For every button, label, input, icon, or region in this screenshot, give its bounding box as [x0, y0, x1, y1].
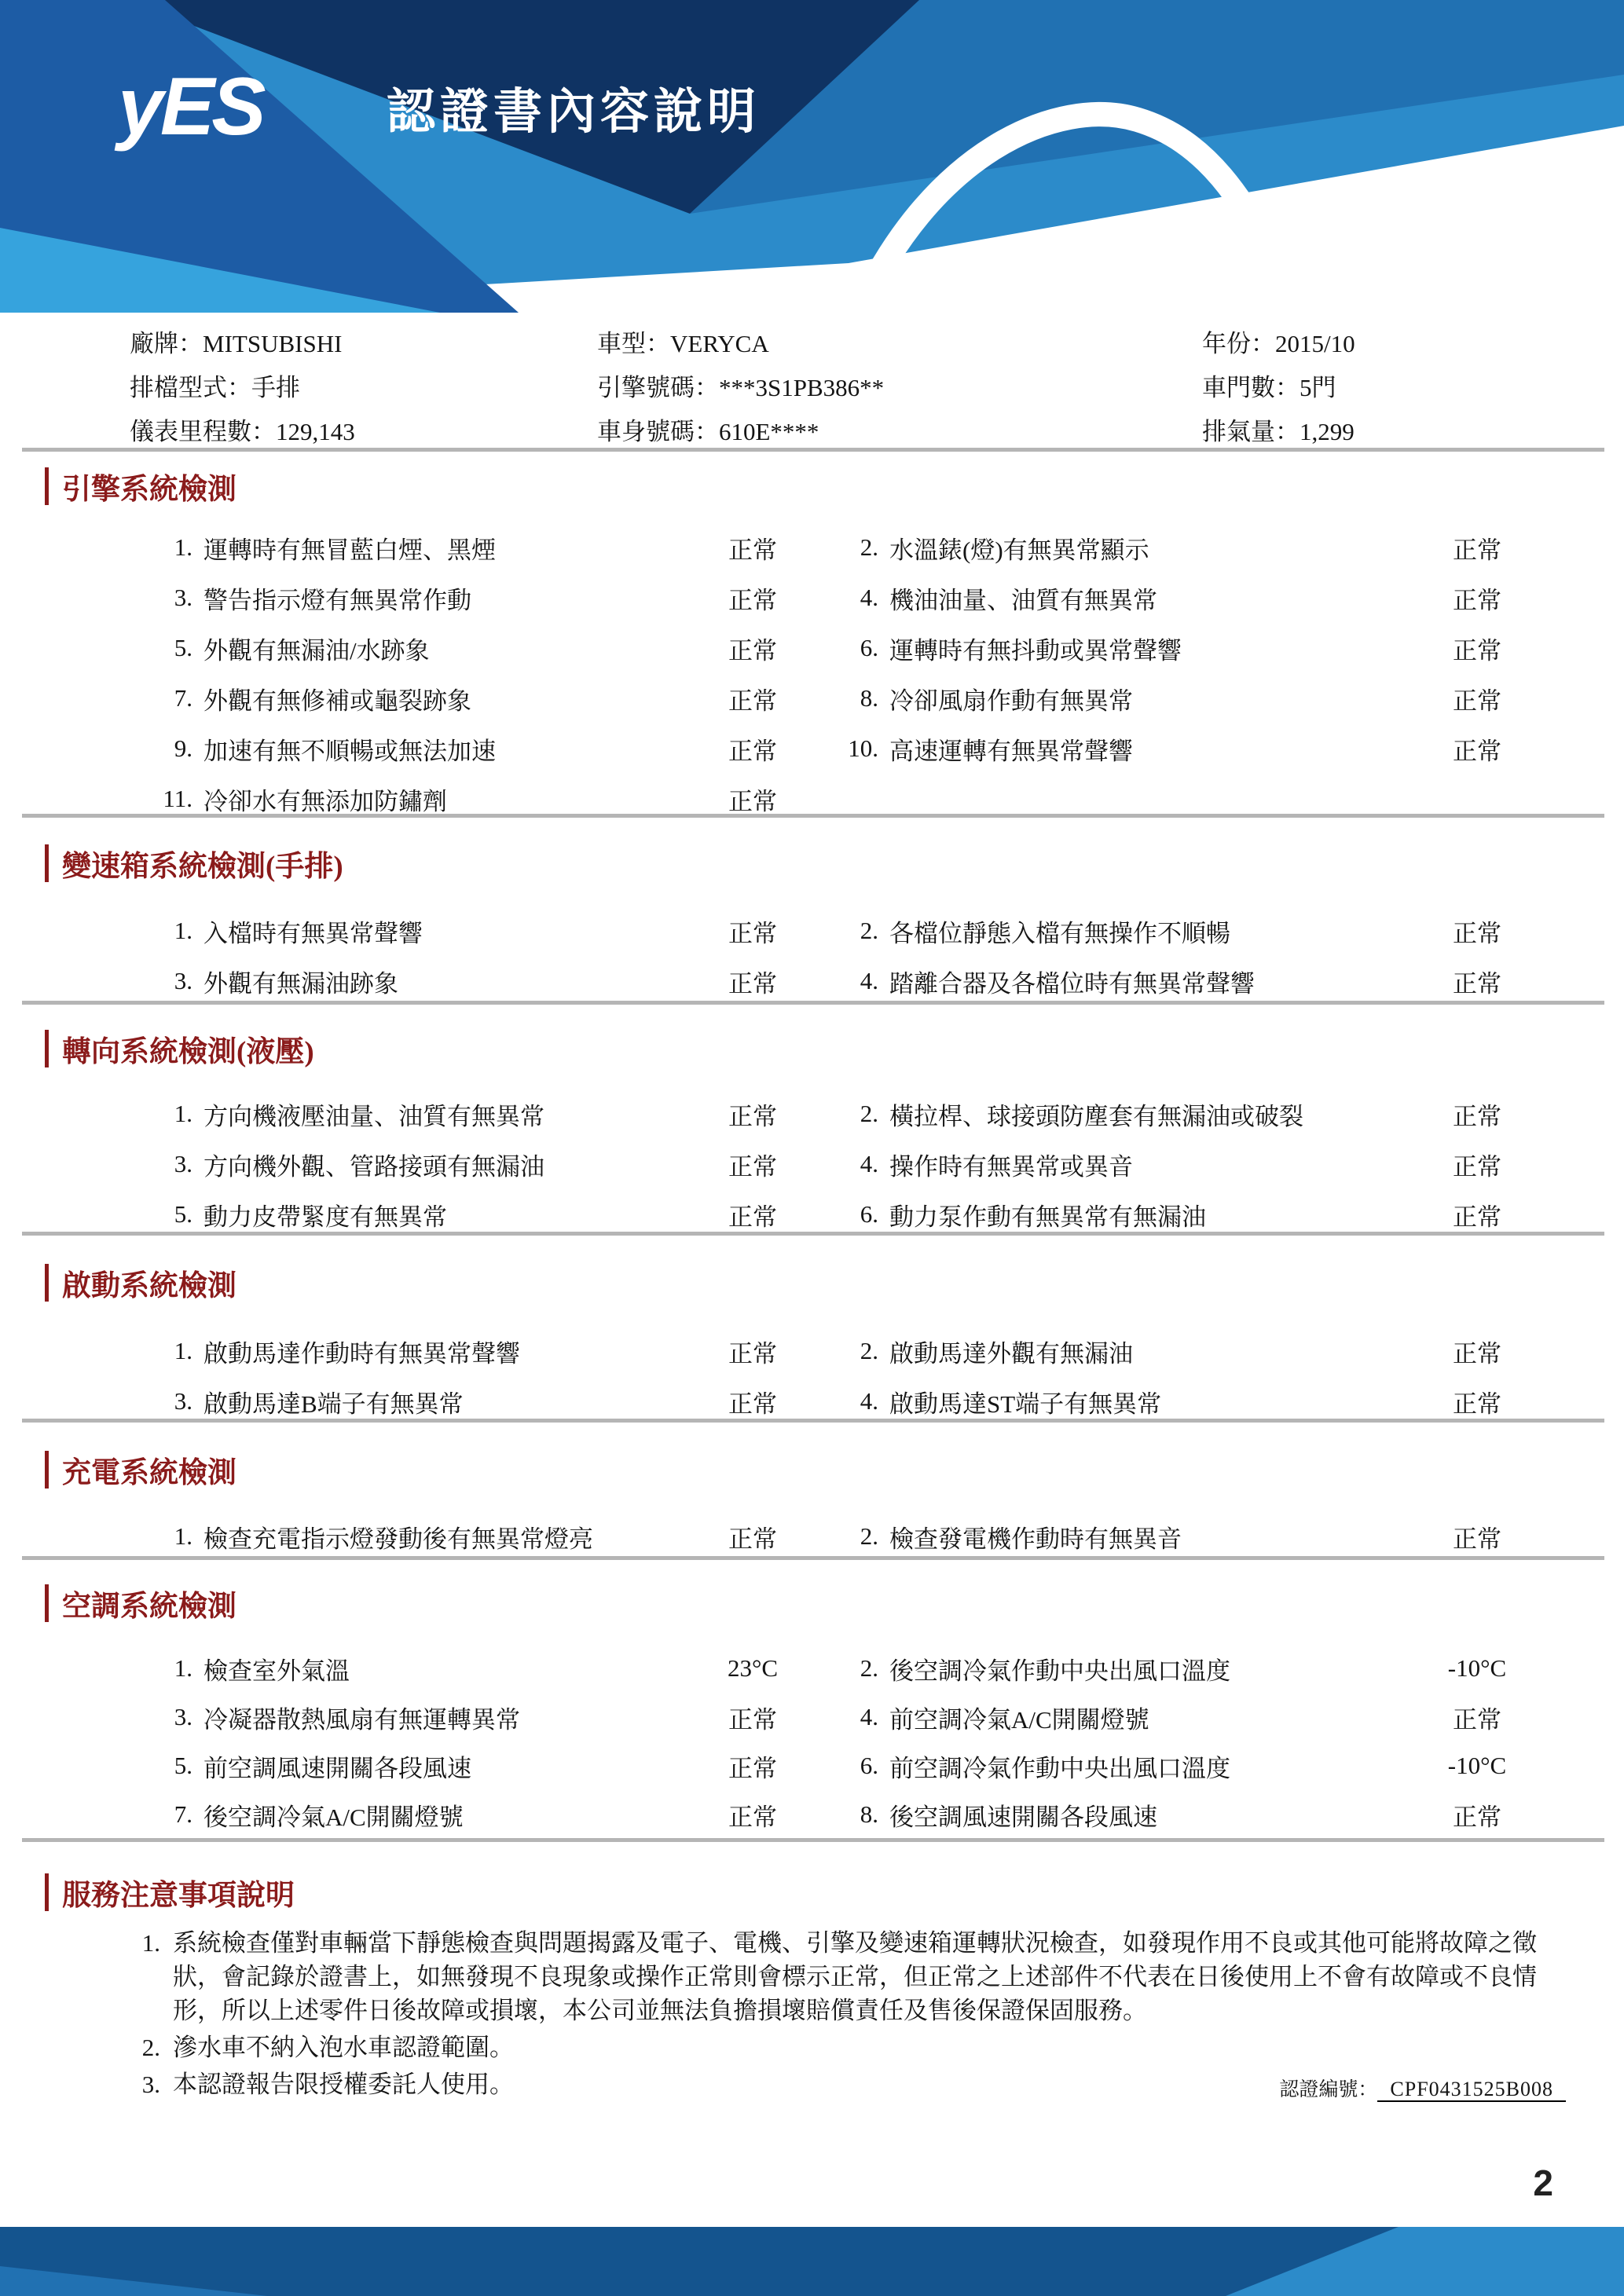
certificate-number-label: 認證編號：	[1279, 2079, 1377, 2100]
colon: ：	[178, 330, 203, 357]
vehicle-info-label: 車門數	[1202, 374, 1275, 401]
column-gap	[816, 673, 839, 723]
check-item-label: 加速有無不順暢或無法加速	[199, 731, 690, 767]
check-item-number: 8.	[839, 684, 885, 712]
check-item-label: 外觀有無漏油/水跡象	[199, 631, 690, 666]
check-item-number: 5.	[153, 634, 199, 662]
check-item-number: 4.	[839, 1150, 885, 1178]
check-items-aircon: 1.檢查室外氣溫23°C2.後空調冷氣作動中央出風口溫度-10°C3.冷凝器散熱…	[153, 1644, 1540, 1839]
page-number: 2	[1533, 2162, 1553, 2204]
section-title-text: 轉向系統檢測(液壓)	[62, 1027, 314, 1070]
section-title-text: 啟動系統檢測	[62, 1262, 236, 1304]
check-item-number: 2.	[839, 1337, 885, 1365]
check-item-number: 7.	[153, 1800, 199, 1829]
colon: ：	[1251, 330, 1275, 357]
check-item-label: 冷卻風扇作動有無異常	[885, 681, 1414, 716]
check-item-number: 2.	[839, 1654, 885, 1683]
vehicle-info-label: 車身號碼	[597, 418, 695, 445]
colon: ：	[251, 418, 276, 445]
check-item-number: 1.	[153, 1337, 199, 1365]
check-item-number: 3.	[153, 584, 199, 612]
check-item-number: 4.	[839, 967, 885, 995]
check-item-label: 前空調風速開關各段風速	[199, 1749, 690, 1784]
section-title-steering: 轉向系統檢測(液壓)	[45, 1027, 314, 1070]
check-item-label: 外觀有無修補或龜裂跡象	[199, 681, 690, 716]
section-title-bar	[45, 1264, 49, 1302]
column-gap	[816, 1376, 839, 1426]
column-gap	[816, 956, 839, 1006]
check-item-number: 1.	[153, 1654, 199, 1683]
check-item-label: 動力泵作動有無異常有無漏油	[885, 1197, 1414, 1232]
check-item-value: 正常	[690, 1097, 816, 1132]
vehicle-info-label: 廠牌	[130, 330, 178, 357]
column-gap	[816, 906, 839, 956]
column-gap	[816, 774, 839, 824]
section-title-bar	[45, 1873, 49, 1911]
colon: ：	[695, 418, 719, 445]
check-item-label: 方向機液壓油量、油質有無異常	[199, 1097, 690, 1132]
vehicle-info-value: 129,143	[276, 418, 355, 445]
vehicle-info-label: 排檔型式	[130, 374, 227, 401]
section-title-bar	[45, 844, 49, 882]
column-gap	[816, 573, 839, 623]
check-item-number: 5.	[153, 1200, 199, 1229]
section-title-text: 服務注意事項說明	[62, 1871, 295, 1913]
check-item-label: 冷卻水有無添加防鏽劑	[199, 782, 690, 817]
vehicle-info-cell: 車身號碼：610E****	[597, 414, 1202, 449]
check-items-engine: 1.運轉時有無冒藍白煙、黑煙正常2.水溫錶(燈)有無異常顯示正常3.警告指示燈有…	[153, 522, 1540, 824]
vehicle-info-value: 1,299	[1300, 418, 1355, 445]
check-item-number: 1.	[153, 1522, 199, 1551]
section-title-aircon: 空調系統檢測	[45, 1582, 236, 1624]
check-item-value: -10°C	[1414, 1752, 1540, 1780]
check-items-transmission: 1.入檔時有無異常聲響正常2.各檔位靜態入檔有無操作不順暢正常3.外觀有無漏油跡…	[153, 906, 1540, 1006]
check-item-label: 冷凝器散熱風扇有無運轉異常	[199, 1700, 690, 1735]
check-item-label: 踏離合器及各檔位時有無異常聲響	[885, 964, 1414, 999]
check-item-number: 1.	[153, 917, 199, 945]
section-title-starting: 啟動系統檢測	[45, 1262, 236, 1304]
vehicle-info-label: 年份	[1202, 330, 1251, 357]
check-item-value: 正常	[1414, 731, 1540, 767]
vehicle-info-value: 2015/10	[1275, 330, 1355, 357]
column-gap	[816, 1089, 839, 1139]
check-item-label: 啟動馬達ST端子有無異常	[885, 1384, 1414, 1419]
check-item-label: 後空調冷氣A/C開關燈號	[199, 1797, 690, 1833]
section-title-bar	[45, 1030, 49, 1067]
colon: ：	[695, 374, 719, 401]
check-item-label: 操作時有無異常或異音	[885, 1147, 1414, 1182]
check-item-value: 正常	[690, 1749, 816, 1784]
check-item-value: 正常	[1414, 914, 1540, 949]
column-gap	[816, 1644, 839, 1693]
check-item-label: 檢查發電機作動時有無異音	[885, 1519, 1414, 1554]
vehicle-info-label: 儀表里程數	[130, 418, 251, 445]
check-item-value: 正常	[1414, 530, 1540, 566]
check-item-label: 外觀有無漏油跡象	[199, 964, 690, 999]
vehicle-info-label: 車型	[597, 330, 646, 357]
check-item-number: 8.	[839, 1800, 885, 1829]
check-item-number: 1.	[153, 1100, 199, 1128]
section-title-text: 充電系統檢測	[62, 1448, 236, 1491]
check-item-value: 正常	[1414, 1700, 1540, 1735]
section-title-text: 引擎系統檢測	[62, 465, 236, 507]
vehicle-info-value: VERYCA	[670, 330, 769, 357]
section-title-service-notes: 服務注意事項說明	[45, 1871, 295, 1913]
check-item-number: 3.	[153, 1703, 199, 1731]
column-gap	[816, 723, 839, 774]
check-item-value: 正常	[1414, 681, 1540, 716]
vehicle-info-cell: 車型：VERYCA	[597, 326, 1202, 361]
check-item-number: 2.	[839, 533, 885, 562]
check-item-number: 2.	[839, 917, 885, 945]
section-title-charging: 充電系統檢測	[45, 1448, 236, 1491]
check-item-label: 機油油量、油質有無異常	[885, 580, 1414, 616]
column-gap	[816, 1189, 839, 1240]
check-item-value: 正常	[690, 631, 816, 666]
check-item-value: 正常	[690, 530, 816, 566]
vehicle-info-cell: 引擎號碼：***3S1PB386**	[597, 370, 1202, 405]
vehicle-info-value: ***3S1PB386**	[719, 374, 884, 401]
check-item-label: 方向機外觀、管路接頭有無漏油	[199, 1147, 690, 1182]
page-title: 認證書內容說明	[387, 88, 761, 137]
check-item-value: 正常	[690, 1147, 816, 1182]
divider	[22, 448, 1604, 452]
certificate-page: yES 認證書內容說明 廠牌：MITSUBISHI 車型：VERYCA 年份：2…	[0, 0, 1624, 2296]
check-item-value: 正常	[690, 580, 816, 616]
vehicle-info-cell: 儀表里程數：129,143	[130, 414, 597, 449]
column-gap	[816, 522, 839, 573]
note-text: 滲水車不納入泡水車認證範圍。	[173, 2031, 1581, 2064]
column-gap	[816, 1741, 839, 1790]
check-item-value: 正常	[690, 782, 816, 817]
check-item-value: 正常	[1414, 631, 1540, 666]
check-item-number: 3.	[153, 967, 199, 995]
check-item-label: 橫拉桿、球接頭防塵套有無漏油或破裂	[885, 1097, 1414, 1132]
colon: ：	[646, 330, 670, 357]
check-item-number: 9.	[153, 734, 199, 763]
section-title-bar	[45, 467, 49, 505]
check-item-value: -10°C	[1414, 1654, 1540, 1683]
check-item-number: 7.	[153, 684, 199, 712]
check-item-number: 2.	[839, 1100, 885, 1128]
check-item-number: 10.	[839, 734, 885, 763]
vehicle-info-value: 5門	[1300, 374, 1336, 401]
check-item-value: 正常	[690, 1700, 816, 1735]
check-item-label: 各檔位靜態入檔有無操作不順暢	[885, 914, 1414, 949]
check-item-label: 檢查室外氣溫	[199, 1651, 690, 1686]
check-item-value: 23°C	[690, 1654, 816, 1683]
vehicle-info-label: 排氣量	[1202, 418, 1275, 445]
check-item-number: 3.	[153, 1150, 199, 1178]
column-gap	[816, 623, 839, 673]
footer-banner	[0, 2227, 1624, 2296]
check-item-value: 正常	[1414, 1797, 1540, 1833]
note-number: 2.	[116, 2031, 160, 2064]
check-item-value: 正常	[1414, 964, 1540, 999]
check-item-value: 正常	[690, 1797, 816, 1833]
vehicle-info-value: 610E****	[719, 418, 819, 445]
vehicle-info-value: MITSUBISHI	[203, 330, 342, 357]
check-item-label: 前空調冷氣作動中央出風口溫度	[885, 1749, 1414, 1784]
vehicle-info-label: 引擎號碼	[597, 374, 695, 401]
check-items-starting: 1.啟動馬達作動時有無異常聲響正常2.啟動馬達外觀有無漏油正常3.啟動馬達B端子…	[153, 1326, 1540, 1426]
check-item-label: 前空調冷氣A/C開關燈號	[885, 1700, 1414, 1735]
note-text: 系統檢查僅對車輛當下靜態檢查與問題揭露及電子、電機、引擎及變速箱運轉狀況檢查，如…	[173, 1926, 1581, 2027]
check-item-value: 正常	[1414, 1384, 1540, 1419]
certificate-number-value: CPF0431525B008	[1377, 2078, 1566, 2102]
check-item-label: 啟動馬達B端子有無異常	[199, 1384, 690, 1419]
vehicle-info-cell: 排檔型式：手排	[130, 370, 597, 405]
note-number: 3.	[116, 2067, 160, 2101]
footer-background	[0, 2227, 1624, 2296]
vehicle-info-cell: 廠牌：MITSUBISHI	[130, 326, 597, 361]
section-title-transmission: 變速箱系統檢測(手排)	[45, 842, 343, 884]
column-gap	[816, 1326, 839, 1376]
check-item-value: 正常	[1414, 580, 1540, 616]
check-item-value: 正常	[1414, 1519, 1540, 1554]
check-item-label: 運轉時有無抖動或異常聲響	[885, 631, 1414, 666]
section-title-bar	[45, 1451, 49, 1489]
check-item-value: 正常	[1414, 1197, 1540, 1232]
check-items-steering: 1.方向機液壓油量、油質有無異常正常2.橫拉桿、球接頭防塵套有無漏油或破裂正常3…	[153, 1089, 1540, 1240]
check-item-value: 正常	[690, 1334, 816, 1369]
service-note: 2.滲水車不納入泡水車認證範圍。	[116, 2031, 1581, 2064]
check-item-value: 正常	[690, 1197, 816, 1232]
vehicle-info-cell: 排氣量：1,299	[1202, 414, 1575, 449]
vehicle-info-cell: 車門數：5門	[1202, 370, 1575, 405]
note-number: 1.	[116, 1926, 160, 2027]
check-item-value: 正常	[690, 1519, 816, 1554]
check-item-value: 正常	[690, 731, 816, 767]
service-note: 1.系統檢查僅對車輛當下靜態檢查與問題揭露及電子、電機、引擎及變速箱運轉狀況檢查…	[116, 1926, 1581, 2027]
check-item-number: 5.	[153, 1752, 199, 1780]
check-item-number: 1.	[153, 533, 199, 562]
check-item-label: 啟動馬達作動時有無異常聲響	[199, 1334, 690, 1369]
check-item-number: 6.	[839, 1200, 885, 1229]
check-item-value: 正常	[1414, 1334, 1540, 1369]
section-title-text: 變速箱系統檢測(手排)	[62, 842, 343, 884]
check-item-label: 警告指示燈有無異常作動	[199, 580, 690, 616]
vehicle-info: 廠牌：MITSUBISHI 車型：VERYCA 年份：2015/10 排檔型式：…	[130, 326, 1575, 449]
check-item-number: 4.	[839, 1387, 885, 1415]
check-item-value: 正常	[690, 914, 816, 949]
check-item-label: 啟動馬達外觀有無漏油	[885, 1334, 1414, 1369]
check-item-label: 入檔時有無異常聲響	[199, 914, 690, 949]
colon: ：	[227, 374, 251, 401]
check-item-value: 正常	[1414, 1147, 1540, 1182]
check-item-label: 運轉時有無冒藍白煙、黑煙	[199, 530, 690, 566]
vehicle-info-cell: 年份：2015/10	[1202, 326, 1575, 361]
check-item-number: 6.	[839, 634, 885, 662]
check-item-value: 正常	[690, 681, 816, 716]
yes-logo: yES	[118, 66, 263, 148]
check-item-number: 4.	[839, 1703, 885, 1731]
check-items-charging: 1.檢查充電指示燈發動後有無異常燈亮正常2.檢查發電機作動時有無異音正常	[153, 1511, 1540, 1562]
check-item-number: 6.	[839, 1752, 885, 1780]
check-item-label: 水溫錶(燈)有無異常顯示	[885, 530, 1414, 566]
column-gap	[816, 1790, 839, 1839]
column-gap	[816, 1139, 839, 1189]
check-item-number: 3.	[153, 1387, 199, 1415]
check-item-number: 4.	[839, 584, 885, 612]
check-item-label: 動力皮帶緊度有無異常	[199, 1197, 690, 1232]
section-title-bar	[45, 1584, 49, 1622]
colon: ：	[1275, 418, 1300, 445]
check-item-value: 正常	[690, 1384, 816, 1419]
column-gap	[816, 1693, 839, 1741]
check-item-label: 後空調風速開關各段風速	[885, 1797, 1414, 1833]
section-title-text: 空調系統檢測	[62, 1582, 236, 1624]
check-item-label: 檢查充電指示燈發動後有無異常燈亮	[199, 1519, 690, 1554]
vehicle-info-value: 手排	[251, 374, 300, 401]
check-item-label: 高速運轉有無異常聲響	[885, 731, 1414, 767]
column-gap	[816, 1511, 839, 1562]
check-item-value: 正常	[690, 964, 816, 999]
header-banner: yES 認證書內容說明	[0, 0, 1624, 313]
check-item-value: 正常	[1414, 1097, 1540, 1132]
section-title-engine: 引擎系統檢測	[45, 465, 236, 507]
colon: ：	[1275, 374, 1300, 401]
check-item-label: 後空調冷氣作動中央出風口溫度	[885, 1651, 1414, 1686]
check-item-number: 2.	[839, 1522, 885, 1551]
check-item-number: 11.	[153, 785, 199, 813]
certificate-number-row: 認證編號：CPF0431525B008	[1279, 2074, 1566, 2102]
